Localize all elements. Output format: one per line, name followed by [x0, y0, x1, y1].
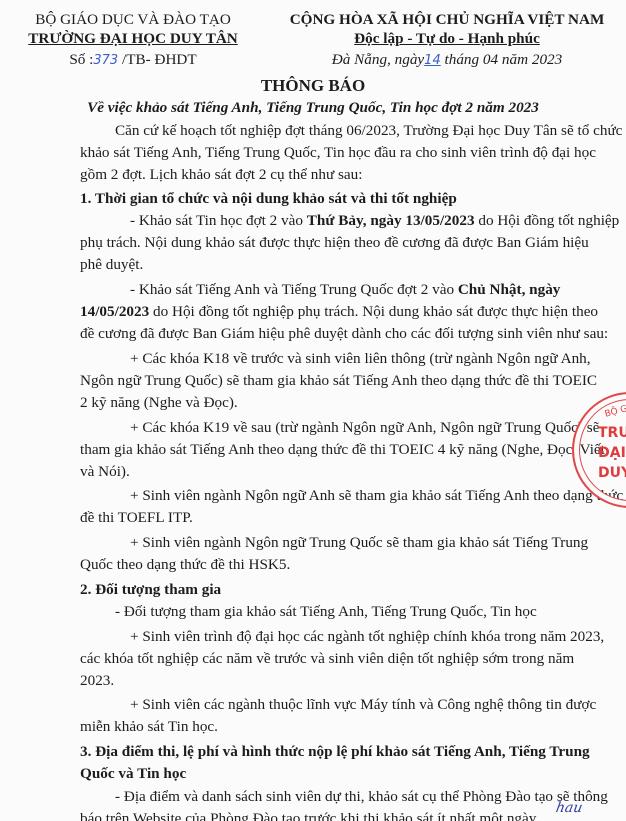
document-title: THÔNG BÁO	[0, 76, 626, 96]
s1-p1-line-1: - Khảo sát Tin học đợt 2 vào Thứ Bảy, ng…	[130, 211, 542, 231]
s1-p1-date: Thứ Bảy, ngày 13/05/2023	[307, 212, 475, 229]
intro-line-3: gồm 2 đợt. Lịch khảo sát đợt 2 cụ thể nh…	[80, 165, 542, 185]
intro-line-2: khảo sát Tiếng Anh, Tiếng Trung Quốc, Ti…	[80, 143, 542, 163]
s1-p2-date-a: Chủ Nhật, ngày	[458, 281, 561, 298]
ministry-name: BỘ GIÁO DỤC VÀ ĐÀO TẠO	[20, 10, 246, 30]
s2-item1-line-3: 2023.	[80, 671, 542, 691]
issue-date-prefix: Đà Nẵng, ngày	[332, 51, 424, 68]
s1-item1-line-1: + Các khóa K18 về trước và sinh viên liê…	[130, 349, 542, 369]
stamp-line-1: TRƯ	[598, 424, 626, 442]
s1-p1-line-2: phụ trách. Nội dung khảo sát được thực h…	[80, 233, 542, 253]
section-1-heading: 1. Thời gian tổ chức và nội dung khảo sá…	[80, 189, 457, 209]
s2-item1-line-1: + Sinh viên trình độ đại học các ngành t…	[130, 627, 542, 647]
s1-item4-line-2: Quốc theo dạng thức đề thi HSK5.	[80, 555, 542, 575]
s2-item1-line-2: các khóa tốt nghiệp các năm về trước và …	[80, 649, 542, 669]
section-3-heading-line-2: Quốc và Tin học	[80, 764, 186, 784]
document-number-suffix: /TB- ĐHDT	[118, 51, 196, 68]
document-number: Số :373 /TB- ĐHDT	[20, 50, 246, 71]
document-number-handwritten: 373	[93, 53, 118, 68]
country-name: CỘNG HÒA XÃ HỘI CHỦ NGHĨA VIỆT NAM	[282, 10, 612, 30]
s1-item1-line-2: Ngôn ngữ Trung Quốc) sẽ tham gia khảo sá…	[80, 371, 542, 391]
s1-p2-text-2: do Hội đồng tốt nghiệp phụ trách. Nội du…	[149, 303, 598, 320]
university-name: TRƯỜNG ĐẠI HỌC DUY TÂN	[20, 29, 246, 49]
stamp-line-3: DUY	[598, 464, 626, 482]
s2-p1: - Đối tượng tham gia khảo sát Tiếng Anh,…	[115, 602, 537, 622]
issue-date-suffix: tháng 04 năm 2023	[441, 51, 563, 68]
s1-item2-line-3: và Nói).	[80, 462, 542, 482]
s1-p1-line-3: phê duyệt.	[80, 255, 542, 275]
s1-p2-date-b: 14/05/2023	[80, 303, 149, 320]
s1-p2-text: - Khảo sát Tiếng Anh và Tiếng Trung Quốc…	[130, 281, 458, 298]
intro-line-1: Căn cứ kế hoạch tốt nghiệp đợt tháng 06/…	[115, 121, 542, 141]
national-motto: Độc lập - Tự do - Hạnh phúc	[282, 29, 612, 49]
national-motto-text: Độc lập - Tự do - Hạnh phúc	[354, 30, 540, 47]
document-number-prefix: Số :	[69, 51, 93, 68]
s1-p1-text-end: do Hội đồng tốt nghiệp	[475, 212, 620, 229]
s1-p2-line-1: - Khảo sát Tiếng Anh và Tiếng Trung Quốc…	[130, 280, 542, 300]
issue-date: Đà Nẵng, ngày14 tháng 04 năm 2023	[282, 50, 612, 71]
s1-item4-line-1: + Sinh viên ngành Ngôn ngữ Trung Quốc sẽ…	[130, 533, 542, 553]
s1-item1-line-3: 2 kỹ năng (Nghe và Đọc).	[80, 393, 542, 413]
s1-item3-line-2: đề thi TOEFL ITP.	[80, 508, 542, 528]
s3-p1-line-1: - Địa điểm và danh sách sinh viên dự thi…	[115, 787, 542, 807]
stamp-line-2: ĐẠI	[598, 444, 626, 462]
signature: hau	[555, 800, 584, 816]
s1-p2-line-3: đề cương đã được Ban Giám hiệu phê duyệt…	[80, 324, 542, 344]
s3-p1-line-2: báo trên Website của Phòng Đào tạo trước…	[80, 809, 542, 821]
s1-item2-line-2: tham gia khảo sát Tiếng Anh theo dạng th…	[80, 440, 542, 460]
s1-item3-line-1: + Sinh viên ngành Ngôn ngữ Anh sẽ tham g…	[130, 486, 542, 506]
section-3-heading-line-1: 3. Địa điểm thi, lệ phí và hình thức nộp…	[80, 742, 542, 762]
document-subtitle: Về việc khảo sát Tiếng Anh, Tiếng Trung …	[0, 98, 626, 118]
s2-item2-line-2: miễn khảo sát Tin học.	[80, 717, 542, 737]
s1-item2-line-1: + Các khóa K19 về sau (trừ ngành Ngôn ng…	[130, 418, 542, 438]
issue-date-day-handwritten: 14	[424, 53, 441, 68]
s1-p2-line-2: 14/05/2023 do Hội đồng tốt nghiệp phụ tr…	[80, 302, 542, 322]
s1-p1-text: - Khảo sát Tin học đợt 2 vào	[130, 212, 307, 229]
section-2-heading: 2. Đối tượng tham gia	[80, 580, 221, 600]
stamp-arc-text: BỘ GIÁO DỤC	[604, 394, 626, 420]
s2-item2-line-1: + Sinh viên các ngành thuộc lĩnh vực Máy…	[130, 695, 542, 715]
